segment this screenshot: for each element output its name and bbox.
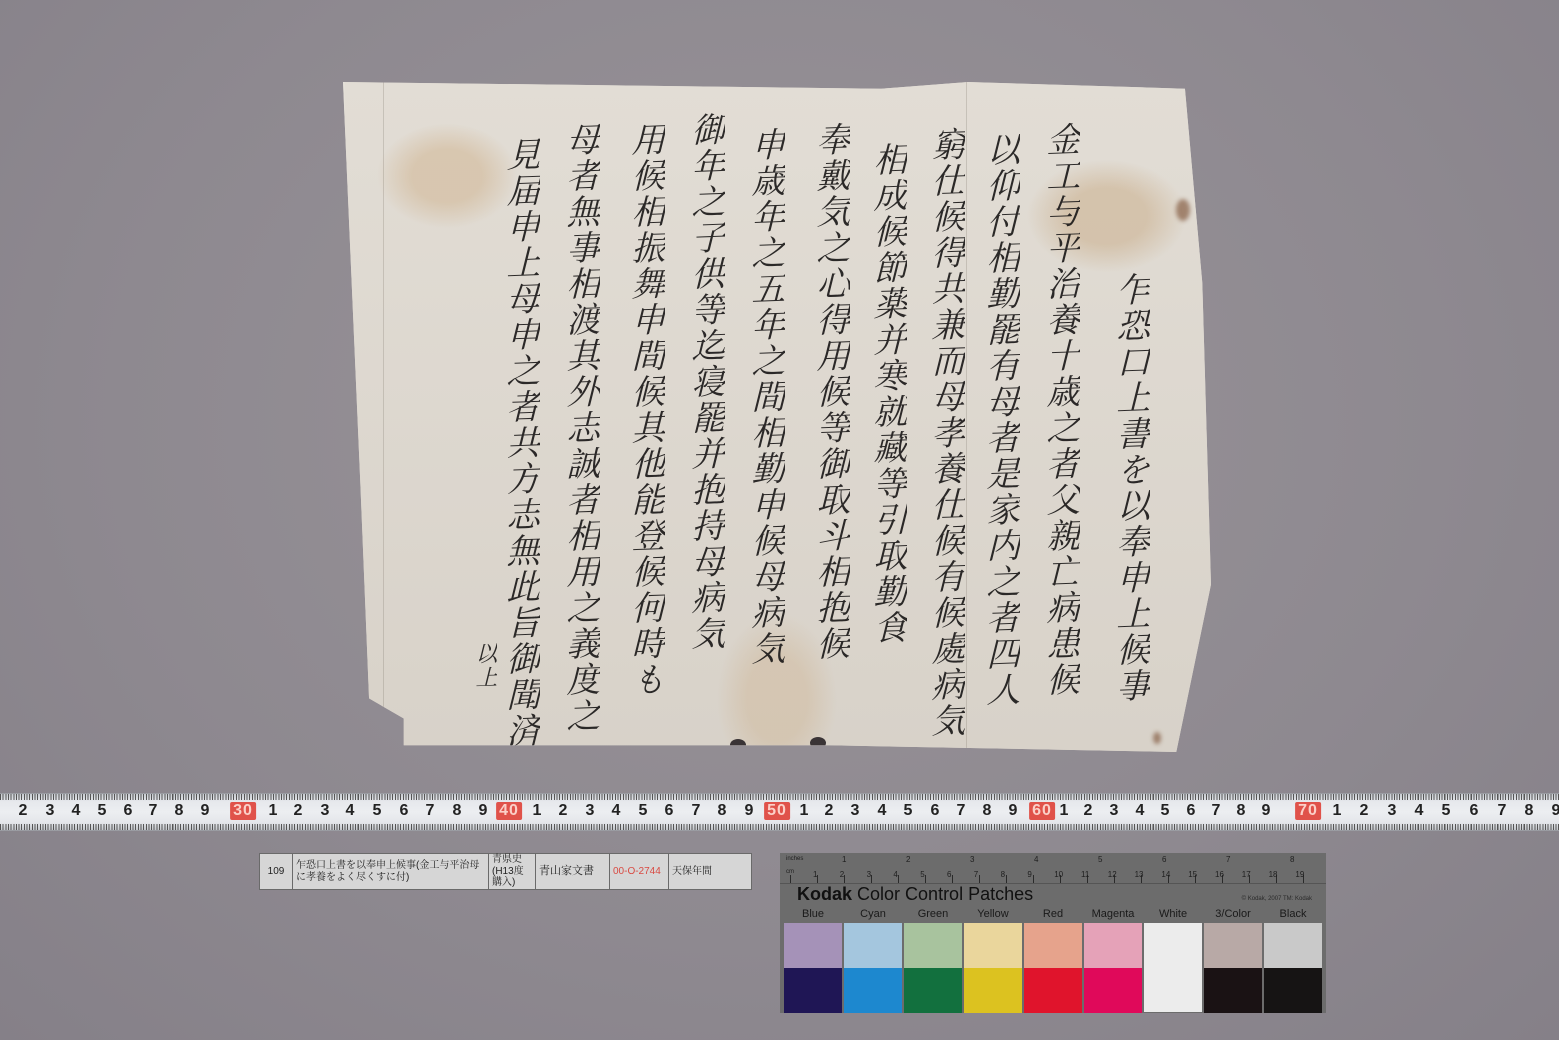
tape-number: 6	[124, 802, 133, 820]
tape-number: 4	[72, 802, 81, 820]
tape-ticks-top	[0, 794, 1559, 800]
calligraphy-column: 乍恐口上書を以奉申上候事	[1113, 271, 1147, 704]
tape-number: 9	[479, 802, 488, 820]
color-patch-light	[904, 923, 962, 968]
inch-mark: 4	[1034, 855, 1038, 864]
inch-mark: 1	[842, 855, 846, 864]
tape-number: 9	[745, 802, 754, 820]
cm-mark: 13	[1135, 870, 1144, 879]
label-source: 青県史(H13度購入)	[489, 854, 536, 889]
tape-ticks-bottom	[0, 824, 1559, 830]
tape-number: 5	[639, 802, 648, 820]
color-patch-light	[1084, 923, 1142, 968]
color-patch-light	[1264, 923, 1322, 968]
tape-number: 2	[1360, 802, 1369, 820]
patch-label: Cyan	[860, 908, 886, 920]
color-patch-dark	[904, 968, 962, 1013]
tape-number: 5	[373, 802, 382, 820]
tape-number: 1	[1060, 802, 1069, 820]
kodak-brand-title: Kodak Color Control Patches	[797, 884, 1033, 905]
inch-mark: 6	[1162, 855, 1166, 864]
tape-number: 8	[1237, 802, 1246, 820]
inch-mark: 3	[970, 855, 974, 864]
tape-number: 2	[19, 802, 28, 820]
tape-number: 7	[149, 802, 158, 820]
ink-stain	[1176, 199, 1190, 221]
color-patch-light	[964, 923, 1022, 968]
color-patch-dark	[1024, 968, 1082, 1013]
cm-mark: 1	[813, 870, 817, 879]
calligraphy-column: 窮仕候得共兼而母孝養仕候有候處病気	[928, 126, 962, 739]
color-patch-light	[844, 923, 902, 968]
tape-number: 9	[1009, 802, 1018, 820]
cm-mark: 3	[867, 870, 871, 879]
tape-number: 7	[957, 802, 966, 820]
tape-number: 3	[1110, 802, 1119, 820]
paper-fold-line	[383, 82, 384, 752]
tape-number: 6	[400, 802, 409, 820]
kodak-copyright: © Kodak, 2007 TM: Kodak	[1242, 896, 1312, 902]
patch-label: Magenta	[1092, 908, 1135, 920]
tape-number: 40	[496, 802, 522, 820]
cm-mark: 12	[1108, 870, 1117, 879]
kodak-logo-text: Kodak	[797, 884, 852, 904]
patch-label: Red	[1043, 908, 1063, 920]
patch-label: White	[1159, 908, 1187, 920]
cm-mark: 11	[1081, 870, 1089, 879]
tape-number: 1	[800, 802, 809, 820]
tape-number: 5	[1161, 802, 1170, 820]
cm-unit-label: cm	[786, 869, 794, 875]
ink-stain	[1153, 732, 1161, 744]
cm-mark: 16	[1215, 870, 1224, 879]
color-patch-dark	[844, 968, 902, 1013]
tape-number: 2	[294, 802, 303, 820]
color-patch-light	[1144, 923, 1202, 968]
historical-document-paper: 乍恐口上書を以奉申上候事金工与平治養十歳之者父親亡病患候以仰付相勤罷有母者是家内…	[343, 82, 1211, 752]
calligraphy-column: 用候相振舞申間候其他能登候何時も	[628, 121, 662, 698]
tape-number: 5	[98, 802, 107, 820]
tape-number: 7	[692, 802, 701, 820]
tape-number: 8	[718, 802, 727, 820]
label-collection: 青山家文書	[536, 854, 610, 889]
color-patch-light	[1204, 923, 1262, 968]
color-patch-dark	[1084, 968, 1142, 1013]
catalog-label-card: 109 乍恐口上書を以奉申上候事(金工与平治母に孝養をよく尽くすに付) 青県史(…	[259, 853, 752, 890]
calligraphy-column: 金工与平治養十歳之者父親亡病患候	[1043, 121, 1077, 698]
cm-mark: 5	[920, 870, 924, 879]
cm-mark: 6	[947, 870, 951, 879]
patch-label: Green	[918, 908, 949, 920]
tape-number: 70	[1295, 802, 1321, 820]
tape-number: 7	[426, 802, 435, 820]
tape-number: 2	[1084, 802, 1093, 820]
cm-mark: 14	[1161, 870, 1170, 879]
calligraphy-column: 以上	[473, 642, 495, 691]
kodak-color-control-chart: inches cm Kodak Color Control Patches © …	[780, 853, 1326, 1013]
tape-number: 1	[1333, 802, 1342, 820]
calligraphy-column: 相成候節薬并寒就藏等引取勤食	[870, 141, 904, 646]
tape-number: 30	[230, 802, 256, 820]
chart-title: Color Control Patches	[857, 884, 1033, 904]
tape-number: 6	[1187, 802, 1196, 820]
color-patch-dark	[1264, 968, 1322, 1013]
tape-number: 6	[931, 802, 940, 820]
paper-damage-hole	[730, 739, 746, 751]
tape-number: 8	[453, 802, 462, 820]
tape-number: 3	[851, 802, 860, 820]
calligraphy-column: 以仰付相勤罷有母者是家内之者四人	[983, 131, 1017, 708]
tape-number: 60	[1029, 802, 1055, 820]
tape-number: 6	[665, 802, 674, 820]
inch-mark: 2	[906, 855, 910, 864]
tape-number: 3	[1388, 802, 1397, 820]
color-patch-dark	[784, 968, 842, 1013]
tape-number: 4	[346, 802, 355, 820]
tape-number: 4	[878, 802, 887, 820]
calligraphy-column: 母者無事相渡其外志誠者相用之義度之	[563, 121, 597, 734]
cm-mark: 17	[1242, 870, 1251, 879]
tape-number: 4	[1415, 802, 1424, 820]
tape-number: 4	[1136, 802, 1145, 820]
label-period: 天保年間	[669, 854, 751, 889]
tape-number: 9	[201, 802, 210, 820]
color-patch-light	[1024, 923, 1082, 968]
tape-number: 50	[764, 802, 790, 820]
tape-number: 8	[983, 802, 992, 820]
tape-number: 5	[904, 802, 913, 820]
tape-number: 4	[612, 802, 621, 820]
kodak-ruler	[780, 853, 1326, 884]
tape-number: 5	[1442, 802, 1451, 820]
color-patch-dark	[1144, 967, 1202, 1012]
color-patch-light	[784, 923, 842, 968]
tape-number: 2	[559, 802, 568, 820]
cm-mark: 10	[1054, 870, 1063, 879]
patch-label: Blue	[802, 908, 824, 920]
tape-number: 3	[321, 802, 330, 820]
patch-label: Yellow	[977, 908, 1008, 920]
label-number: 109	[260, 854, 293, 889]
cm-mark: 9	[1027, 870, 1031, 879]
patch-label: 3/Color	[1215, 908, 1250, 920]
tape-number: 9	[1262, 802, 1271, 820]
tape-number: 2	[825, 802, 834, 820]
tape-number: 7	[1212, 802, 1221, 820]
tape-number: 6	[1470, 802, 1479, 820]
cm-mark: 15	[1188, 870, 1197, 879]
measuring-tape: 2345678930123456789401234567895012345678…	[0, 793, 1559, 831]
inch-unit-label: inches	[786, 856, 803, 862]
cm-mark: 19	[1295, 870, 1304, 879]
tape-number: 1	[269, 802, 278, 820]
calligraphy-column: 見届申上母申之者共方志無此旨御聞済	[503, 136, 537, 749]
tape-number: 7	[1498, 802, 1507, 820]
inch-mark: 7	[1226, 855, 1230, 864]
cm-mark: 18	[1269, 870, 1278, 879]
tape-number: 8	[175, 802, 184, 820]
label-title: 乍恐口上書を以奉申上候事(金工与平治母に孝養をよく尽くすに付)	[293, 854, 489, 889]
tape-number: 9	[1552, 802, 1559, 820]
label-catalog-id: 00-O-2744	[610, 854, 669, 889]
paper-damage-hole	[810, 737, 826, 749]
cm-mark: 4	[893, 870, 897, 879]
tape-number: 3	[586, 802, 595, 820]
inch-mark: 5	[1098, 855, 1102, 864]
color-patch-dark	[964, 968, 1022, 1013]
calligraphy-column: 御年之子供等迄寝罷并抱持母病気	[688, 111, 722, 652]
tape-number: 3	[46, 802, 55, 820]
patch-label: Black	[1280, 908, 1307, 920]
color-patch-dark	[1204, 968, 1262, 1013]
paper-fold-line	[966, 82, 967, 752]
calligraphy-column: 申歳年之五年之間相勤申候母病気	[748, 126, 782, 667]
inch-mark: 8	[1290, 855, 1294, 864]
calligraphy-column: 奉戴気之心得用候等御取斗相抱候	[813, 121, 847, 662]
cm-mark: 7	[974, 870, 978, 879]
tape-number: 8	[1525, 802, 1534, 820]
tape-number: 1	[533, 802, 542, 820]
cm-mark: 8	[1001, 870, 1005, 879]
cm-mark: 2	[840, 870, 844, 879]
